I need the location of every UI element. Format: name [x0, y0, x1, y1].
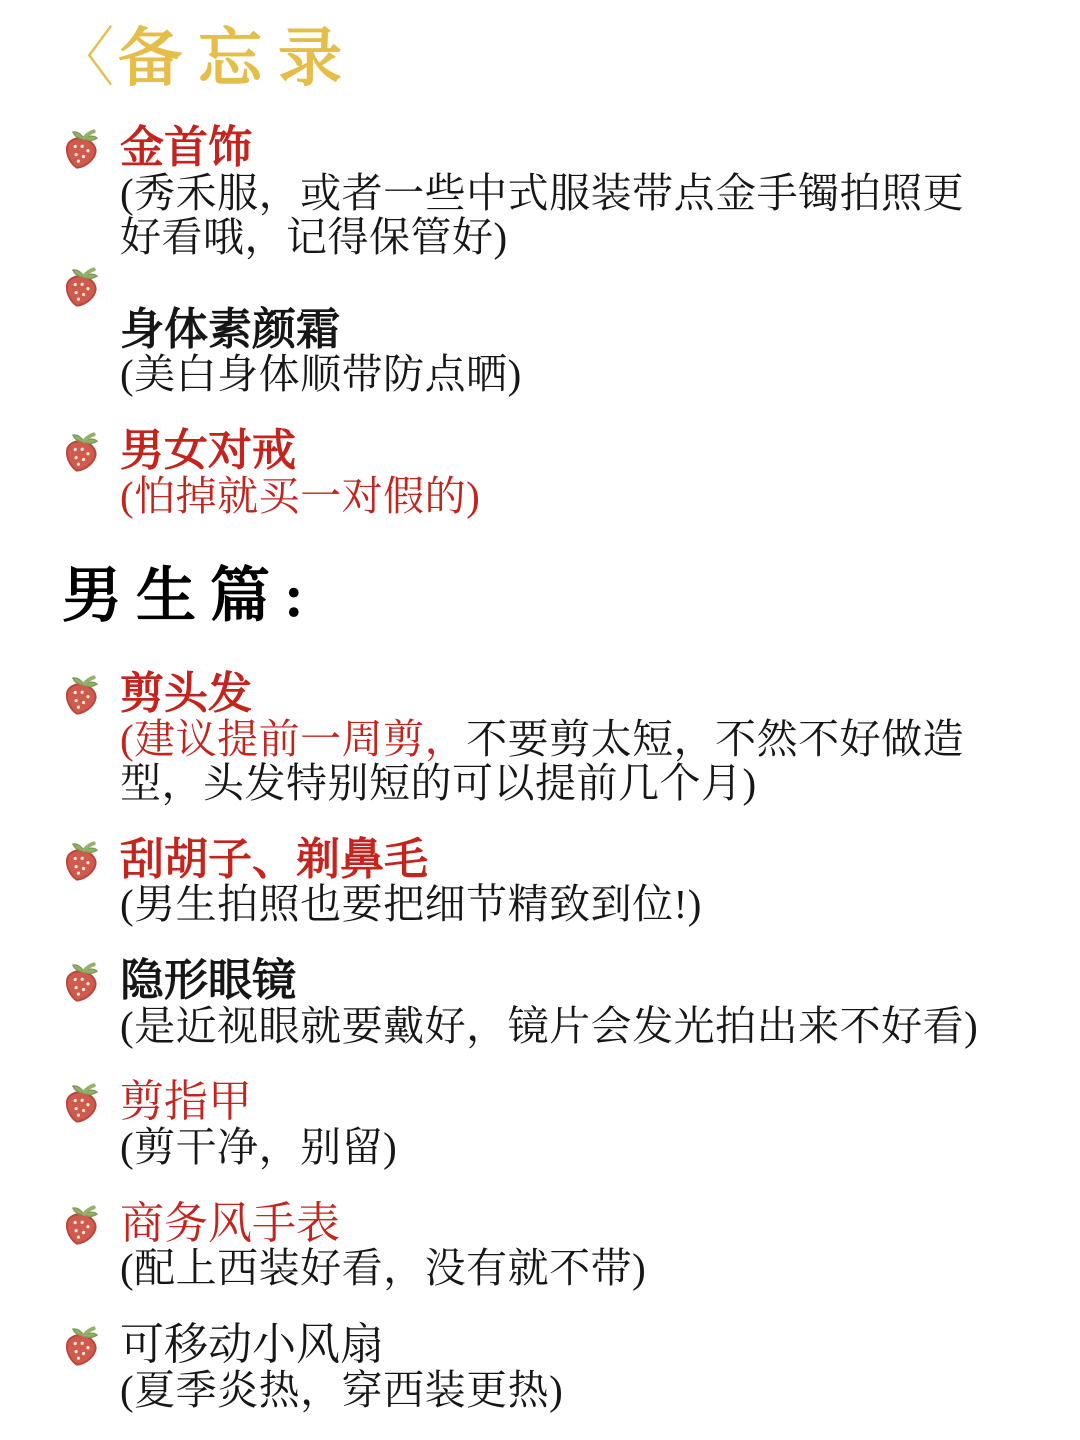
strawberry-icon [58, 1202, 104, 1248]
item-desc-red-part: (建议提前一周剪， [120, 716, 466, 762]
item-title: 剪指甲 [120, 1078, 982, 1126]
list-item: 刮胡子、剃鼻毛 (男生拍照也要把细节精致到位!) [58, 836, 1030, 927]
item-desc: (秀禾服，或者一些中式服装带点金手镯拍照更好看哦，记得保管好) [120, 172, 982, 260]
item-title: 可移动小风扇 [120, 1321, 982, 1369]
strawberry-icon [58, 429, 104, 475]
item-title: 金首饰 [120, 124, 982, 172]
memo-header: 〈 备忘录 [58, 24, 1030, 94]
strawberry-icon [58, 838, 104, 884]
back-chevron-icon[interactable]: 〈 [58, 27, 114, 91]
item-desc: (剪干净，别留) [120, 1126, 982, 1170]
item-desc: (男生拍照也要把细节精致到位!) [120, 883, 982, 927]
memo-page: 〈 备忘录 金首饰 (秀禾服，或者一些中式服装带点金手镯拍照更好看哦，记得保管好… [0, 0, 1080, 1412]
item-desc: (建议提前一周剪，不要剪太短，不然不好做造型，头发特别短的可以提前几个月) [120, 718, 982, 806]
page-title: 备忘录 [118, 24, 358, 94]
strawberry-icon [58, 672, 104, 718]
section-title-men: 男生篇: [62, 548, 1030, 634]
memo-list: 金首饰 (秀禾服，或者一些中式服装带点金手镯拍照更好看哦，记得保管好) 身体素颜… [58, 124, 1030, 1412]
list-item: 剪头发 (建议提前一周剪，不要剪太短，不然不好做造型，头发特别短的可以提前几个月… [58, 670, 1030, 805]
list-item: 可移动小风扇 (夏季炎热，穿西装更热) [58, 1321, 1030, 1412]
item-title: 隐形眼镜 [120, 957, 982, 1005]
list-item: 金首饰 (秀禾服，或者一些中式服装带点金手镯拍照更好看哦，记得保管好) [58, 124, 1030, 259]
strawberry-icon [58, 959, 104, 1005]
list-item: 男女对戒 (怕掉就买一对假的) [58, 427, 1030, 518]
item-title: 身体素颜霜 [120, 306, 982, 354]
strawberry-icon [58, 126, 104, 172]
strawberry-icon [58, 1323, 104, 1369]
list-item: 剪指甲 (剪干净，别留) [58, 1078, 1030, 1169]
item-desc: (是近视眼就要戴好，镜片会发光拍出来不好看) [120, 1005, 982, 1049]
list-item: 商务风手表 (配上西装好看，没有就不带) [58, 1200, 1030, 1291]
item-title: 刮胡子、剃鼻毛 [120, 836, 982, 884]
list-item: 身体素颜霜 (美白身体顺带防点晒) [58, 262, 1030, 397]
strawberry-icon [58, 264, 104, 310]
strawberry-icon [58, 1080, 104, 1126]
item-title: 剪头发 [120, 670, 982, 718]
list-item: 隐形眼镜 (是近视眼就要戴好，镜片会发光拍出来不好看) [58, 957, 1030, 1048]
item-desc: (怕掉就买一对假的) [120, 475, 982, 519]
item-title: 商务风手表 [120, 1200, 982, 1248]
item-desc: (配上西装好看，没有就不带) [120, 1247, 982, 1291]
item-desc: (夏季炎热，穿西装更热) [120, 1369, 982, 1413]
item-title: 男女对戒 [120, 427, 982, 475]
item-desc: (美白身体顺带防点晒) [120, 353, 982, 397]
